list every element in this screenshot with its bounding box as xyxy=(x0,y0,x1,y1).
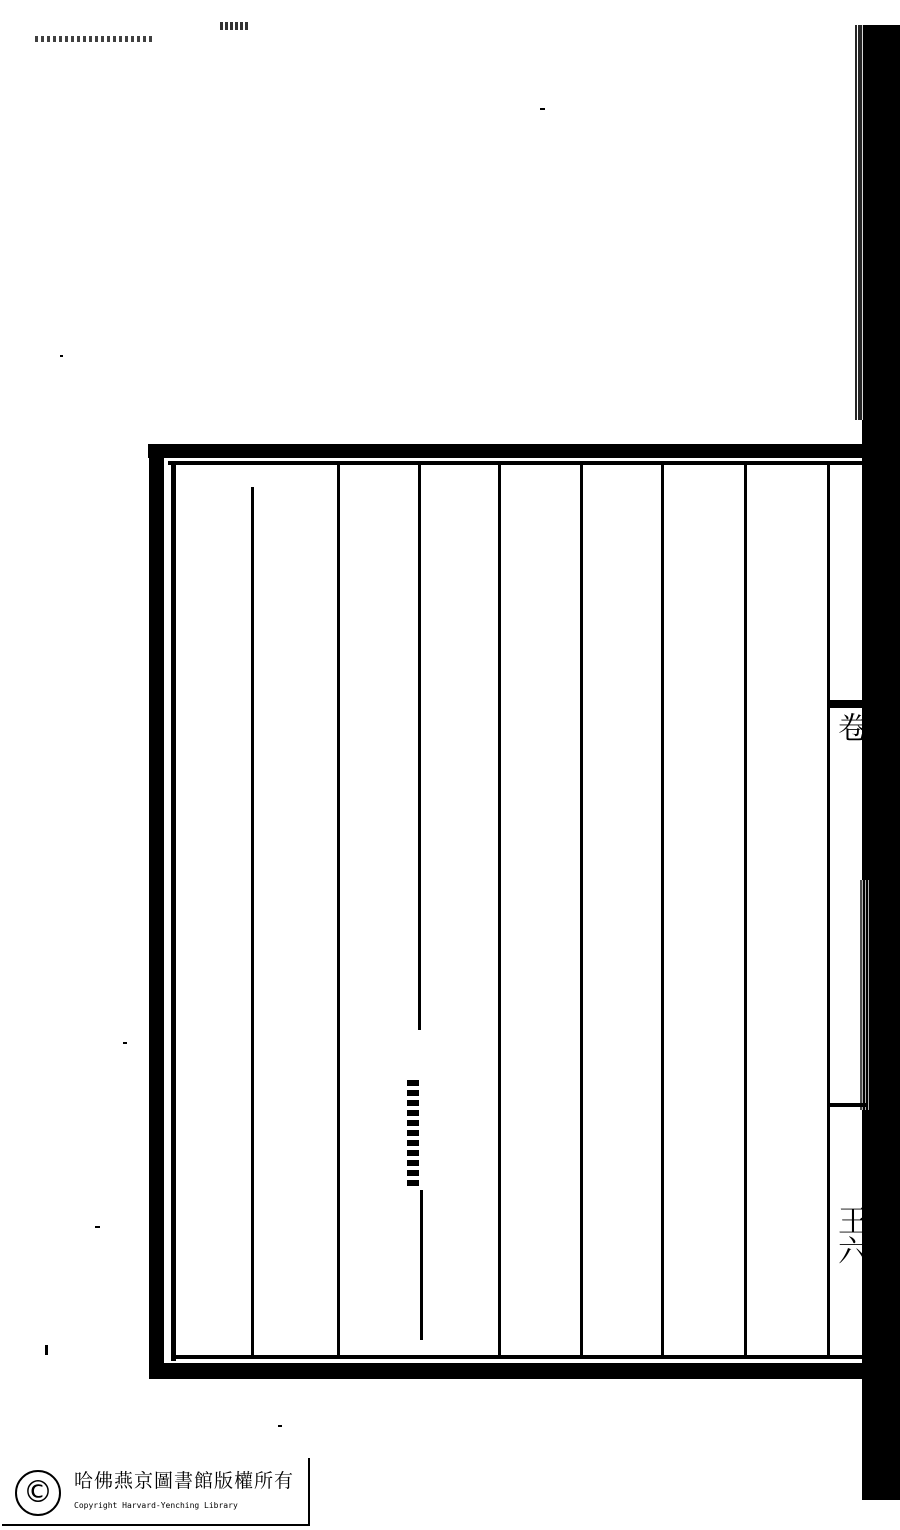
frame-outer-top xyxy=(148,444,868,458)
column-rule xyxy=(744,465,747,1355)
copyright-english: Copyright Harvard-Yenching Library xyxy=(74,1501,238,1510)
scan-speck xyxy=(95,1226,100,1228)
frame-inner-bottom xyxy=(174,1355,864,1359)
column-rule xyxy=(420,1190,423,1340)
column-rule xyxy=(337,465,340,1355)
scan-smudge xyxy=(35,36,155,42)
fold-page-number: 王六 xyxy=(832,1205,866,1265)
frame-inner-top xyxy=(168,461,866,465)
scan-speck xyxy=(278,1425,282,1427)
scan-speck xyxy=(45,1345,48,1355)
frame-outer-left xyxy=(149,444,164,1379)
copyright-chinese: 哈佛燕京圖書館版權所有 xyxy=(74,1466,294,1493)
fold-column-border xyxy=(827,465,830,1355)
frame-outer-bottom xyxy=(152,1363,868,1379)
fold-divider xyxy=(830,1103,866,1107)
spine-fray xyxy=(860,880,870,1110)
column-rule xyxy=(251,487,254,1355)
ink-smudge xyxy=(407,1080,419,1190)
frame-inner-left xyxy=(171,461,176,1361)
copyright-icon: © xyxy=(15,1470,61,1516)
scan-smudge xyxy=(220,22,250,30)
scan-speck xyxy=(123,1042,127,1044)
column-rule xyxy=(498,465,501,1355)
fold-title-glyph: 卷 xyxy=(832,712,866,742)
copyright-stamp: © 哈佛燕京圖書館版權所有 Copyright Harvard-Yenching… xyxy=(2,1458,310,1526)
spine-fray xyxy=(855,25,867,420)
scan-speck xyxy=(540,108,545,110)
column-rule xyxy=(418,465,421,1030)
column-rule xyxy=(580,465,583,1355)
fold-fishtail-mark xyxy=(828,700,864,708)
scan-speck xyxy=(60,355,63,357)
column-rule xyxy=(661,465,664,1355)
book-spine-edge xyxy=(862,25,900,1500)
